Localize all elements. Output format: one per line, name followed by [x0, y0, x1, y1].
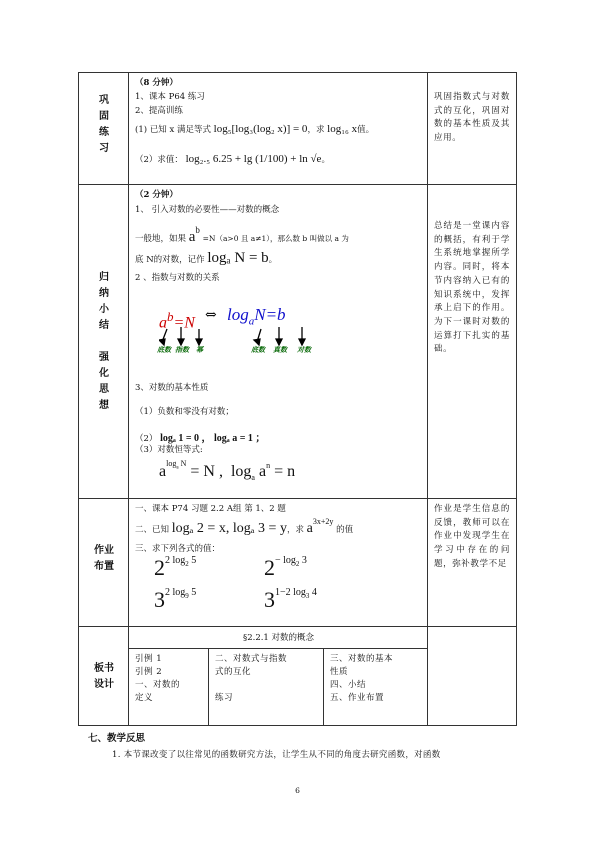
note-cell	[428, 627, 516, 725]
expression-1: 22 log2 5	[154, 555, 196, 581]
row-label-cell: 巩 固 练 习	[79, 73, 129, 184]
row-label-consolidate: 巩 固 练 习	[79, 93, 129, 157]
label-log-base: 底数	[251, 345, 265, 355]
reflection-item-1: 1. 本节课改变了以往常见的函数研究方法，让学生从不同的角度去研究函数，对函数	[112, 748, 441, 760]
point-3: 3、对数的基本性质	[135, 381, 208, 393]
label-logarithm: 对数	[297, 345, 311, 355]
label-power: 幂	[196, 345, 203, 355]
question-1: (1) 已知 x 满足等式 log₅[log₃(log₂ x)] = 0，求 l…	[135, 123, 374, 135]
note-text: 巩固指数式与对数式的互化，巩固对数的基本性质及其应用。	[434, 91, 510, 146]
expression-3: 32 log9 5	[154, 587, 196, 613]
formula: log₂.₅ 6.25 + lg (1/100) + ln √e	[186, 153, 322, 165]
formula: logₐ N = b	[207, 250, 268, 266]
row-label-homework: 作业 布置	[79, 543, 129, 575]
formula: log₅[log₃(log₂ x)] = 0	[214, 123, 308, 135]
board-title: §2.2.1 对数的概念	[129, 627, 428, 649]
lesson-plan-table: 巩 固 练 习 （8 分钟） 1、课本 P64 练习 2、提高训练 (1) 已知…	[78, 72, 517, 726]
note-cell: 总结是一堂课内容的概括，有利于学生系统地掌握所学内容。同时，将本节内容纳入已有的…	[428, 185, 516, 498]
board-column-3: 三、对数的基本 性质 四、小结 五、作业布置	[324, 649, 428, 725]
equivalence-arrow-icon: ⇔	[205, 307, 217, 323]
label-antilog: 真数	[273, 345, 287, 355]
expression-4: 31−2 log3 4	[264, 587, 317, 613]
property-3: （3）对数恒等式:	[135, 443, 203, 455]
row-label-cell: 作业 布置	[79, 499, 129, 626]
formula: logₐ 2 = x, logₐ 3 = y	[172, 521, 287, 536]
homework-item-2: 二、已知 logₐ 2 = x, logₐ 3 = y，求 a3x+2y 的值	[135, 517, 353, 537]
row-label-board: 板书 设计	[79, 661, 129, 693]
page-number: 6	[0, 786, 595, 795]
note-text: 作业是学生信息的反馈，教师可以在作业中发现学生在学习中存在的问题，弥补教学不足	[434, 503, 510, 572]
property-2: （2） logₐ 1 = 0 ， logₐ a = 1 ；	[135, 429, 265, 444]
content-cell: 一、课本 P74 习题 2.2 A组 第 1、2 题 二、已知 logₐ 2 =…	[129, 499, 428, 626]
expression-2: 2− log2 3	[264, 555, 307, 581]
point-1: 1、 引入对数的必要性——对数的概念	[135, 203, 279, 215]
row-homework: 作业 布置 一、课本 P74 习题 2.2 A组 第 1、2 题 二、已知 lo…	[79, 498, 516, 626]
homework-item-3: 三、求下列各式的值：	[135, 542, 220, 554]
note-cell: 作业是学生信息的反馈，教师可以在作业中发现学生在学习中存在的问题，弥补教学不足	[428, 499, 516, 626]
note-text: 总结是一堂课内容的概括，有利于学生系统地掌握所学内容。同时，将本节内容纳入已有的…	[434, 220, 510, 357]
note-cell: 巩固指数式与对数式的互化，巩固对数的基本性质及其应用。	[428, 73, 516, 184]
item-training: 2、提高训练	[135, 104, 183, 116]
formula: log₁₆ x	[327, 123, 357, 135]
row-label-cell: 板书 设计	[79, 627, 129, 725]
point-2: 2 、指数与对数的关系	[135, 271, 220, 283]
row-label-summary: 归 纳 小 结 强 化 思 想	[79, 270, 129, 414]
formula: ab	[189, 229, 200, 245]
row-summary: 归 纳 小 结 强 化 思 想 （2 分钟） 1、 引入对数的必要性——对数的概…	[79, 184, 516, 498]
label-exponent: 指数	[175, 345, 189, 355]
row-board-design: 板书 设计 §2.2.1 对数的概念 引例 1 引例 2 一、对数的 定义 二、…	[79, 626, 516, 725]
row-consolidate-practice: 巩 固 练 习 （8 分钟） 1、课本 P64 练习 2、提高训练 (1) 已知…	[79, 73, 516, 184]
question-2: （2）求值： log₂.₅ 6.25 + lg (1/100) + ln √e。	[135, 153, 330, 165]
pointer-arrows-icon	[159, 325, 359, 347]
exp-log-relationship-diagram: ab=N ⇔ logaN=b 底数 指数 幂 底数	[159, 303, 359, 358]
content-cell: （2 分钟） 1、 引入对数的必要性——对数的概念 一般地，如果 ab =N（a…	[129, 185, 428, 498]
duration: （2 分钟）	[135, 188, 178, 200]
board-column-2: 二、对数式与指数 式的互化 练习	[209, 649, 324, 725]
definition-line-1: 一般地，如果 ab =N（a>0 且 a≠1），那么数 b 叫做以 a 为	[135, 225, 349, 246]
section-heading-teaching-reflection: 七、教学反思	[88, 730, 145, 744]
formula: a3x+2y	[307, 521, 334, 536]
row-label-cell: 归 纳 小 结 强 化 思 想	[79, 185, 129, 498]
definition-line-2: 底 N的对数，记作 logₐ N = b。	[135, 250, 277, 267]
board-column-1: 引例 1 引例 2 一、对数的 定义	[129, 649, 209, 725]
log-identity: aloga N = N , loga an = n	[159, 459, 295, 482]
property-1: （1）负数和零没有对数；	[135, 405, 234, 417]
homework-item-1: 一、课本 P74 习题 2.2 A组 第 1、2 题	[135, 502, 286, 514]
board-layout-cell: §2.2.1 对数的概念 引例 1 引例 2 一、对数的 定义 二、对数式与指数…	[129, 627, 428, 725]
duration: （8 分钟）	[135, 76, 178, 88]
label-base: 底数	[157, 345, 171, 355]
content-cell: （8 分钟） 1、课本 P64 练习 2、提高训练 (1) 已知 x 满足等式 …	[129, 73, 428, 184]
item-textbook: 1、课本 P64 练习	[135, 90, 205, 102]
